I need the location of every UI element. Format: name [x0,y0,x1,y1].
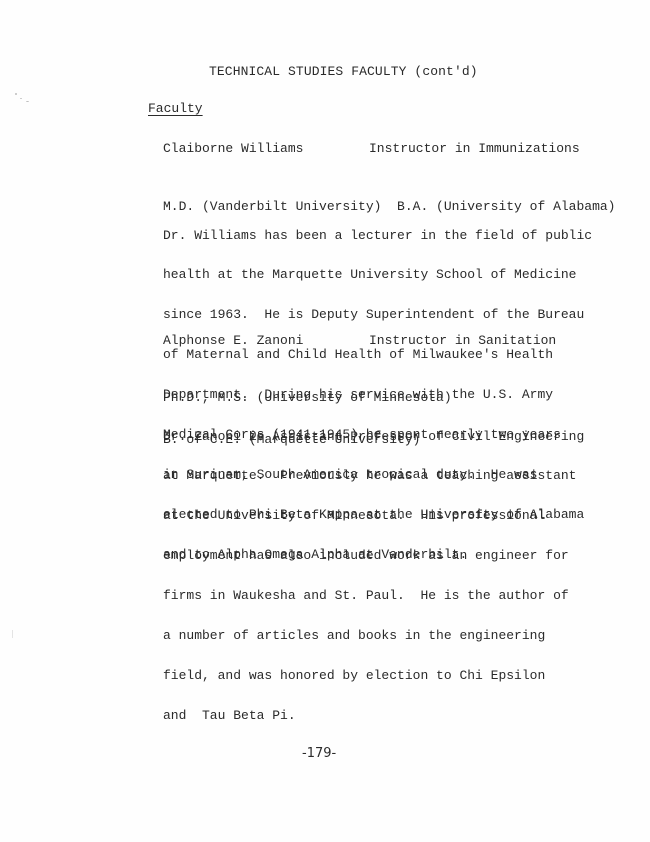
faculty-role: Instructor in Immunizations [369,141,580,156]
faculty-bio: Dr. Zanoni is Assistant Professor of Civ… [163,403,563,749]
scan-speck [15,93,17,95]
bio-line: field, and was honored by election to Ch… [163,669,563,682]
bio-line: at the University of Minnesota. His prof… [163,509,563,522]
page-header-title: TECHNICAL STUDIES FACULTY (cont'd) [209,64,478,79]
section-label-faculty: Faculty [148,101,203,116]
bio-line: Dr. Zanoni is Assistant Professor of Civ… [163,430,563,443]
bio-line: employment has also included work as an … [163,549,563,562]
scan-speck [26,101,29,102]
bio-line: of Maternal and Child Health of Milwauke… [163,348,563,361]
bio-line: and Tau Beta Pi. [163,709,563,722]
document-page: TECHNICAL STUDIES FACULTY (cont'd) Facul… [0,0,650,842]
faculty-name: Claiborne Williams [163,141,303,156]
page-number: -179- [302,746,336,761]
bio-line: at Marquette. Previously he was a teachi… [163,469,563,482]
scan-speck [12,630,13,638]
scan-speck [20,98,22,99]
bio-line: a number of articles and books in the en… [163,629,563,642]
bio-line: firms in Waukesha and St. Paul. He is th… [163,589,563,602]
faculty-role: Instructor in Sanitation [369,333,556,348]
bio-line: Dr. Williams has been a lecturer in the … [163,229,563,242]
faculty-name: Alphonse E. Zanoni [163,333,303,348]
bio-line: since 1963. He is Deputy Superintendent … [163,308,563,321]
bio-line: health at the Marquette University Schoo… [163,268,563,281]
